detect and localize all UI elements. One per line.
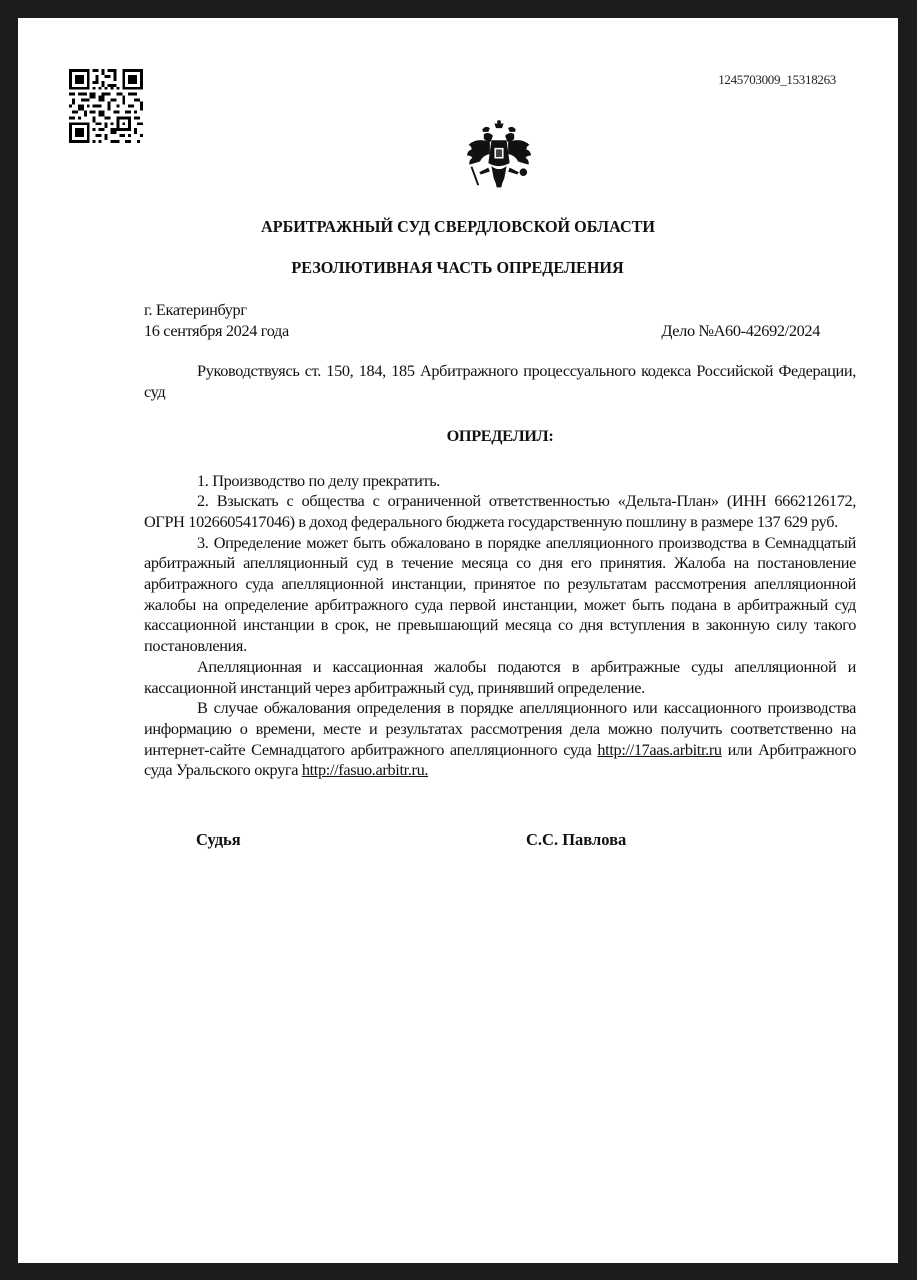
court-name: АРБИТРАЖНЫЙ СУД СВЕРДЛОВСКОЙ ОБЛАСТИ <box>18 217 898 237</box>
ruling-item-1: 1. Производство по делу прекратить. <box>144 471 856 492</box>
document-type-text: РЕЗОЛЮТИВНАЯ ЧАСТЬ ОПРЕДЕЛЕНИЯ <box>292 258 624 278</box>
case-number: Дело №А60-42692/2024 <box>661 321 856 342</box>
judge-name: С.С. Павлова <box>526 830 626 850</box>
document-body: г. Екатеринбург 16 сентября 2024 года Де… <box>144 300 856 781</box>
signature-block: Судья С.С. Павлова <box>196 830 696 850</box>
date-case-row: 16 сентября 2024 года Дело №А60-42692/20… <box>144 321 856 342</box>
decided-heading: ОПРЕДЕЛИЛ: <box>144 426 856 447</box>
signature-title: Судья <box>196 830 241 849</box>
link-17aas[interactable]: http://17aas.arbitr.ru <box>597 740 721 759</box>
link-fasuo[interactable]: http://fasuo.arbitr.ru. <box>302 760 428 779</box>
city: г. Екатеринбург <box>144 300 856 321</box>
russian-coat-of-arms-icon <box>461 119 537 195</box>
court-name-text: АРБИТРАЖНЫЙ СУД СВЕРДЛОВСКОЙ ОБЛАСТИ <box>261 217 655 237</box>
document-id: 1245703009_15318263 <box>718 72 836 88</box>
info-note: В случае обжалования определения в поряд… <box>144 698 856 781</box>
decision-date: 16 сентября 2024 года <box>144 321 289 342</box>
document-type: РЕЗОЛЮТИВНАЯ ЧАСТЬ ОПРЕДЕЛЕНИЯ <box>18 258 898 278</box>
ruling-item-2: 2. Взыскать с общества с ограниченной от… <box>144 491 856 532</box>
preamble: Руководствуясь ст. 150, 184, 185 Арбитра… <box>144 361 856 402</box>
document-page: 1245703009_15318263 <box>18 18 898 1263</box>
ruling-item-3: 3. Определение может быть обжаловано в п… <box>144 533 856 657</box>
qr-code-icon <box>69 69 143 143</box>
appeal-note: Апелляционная и кассационная жалобы пода… <box>144 657 856 698</box>
